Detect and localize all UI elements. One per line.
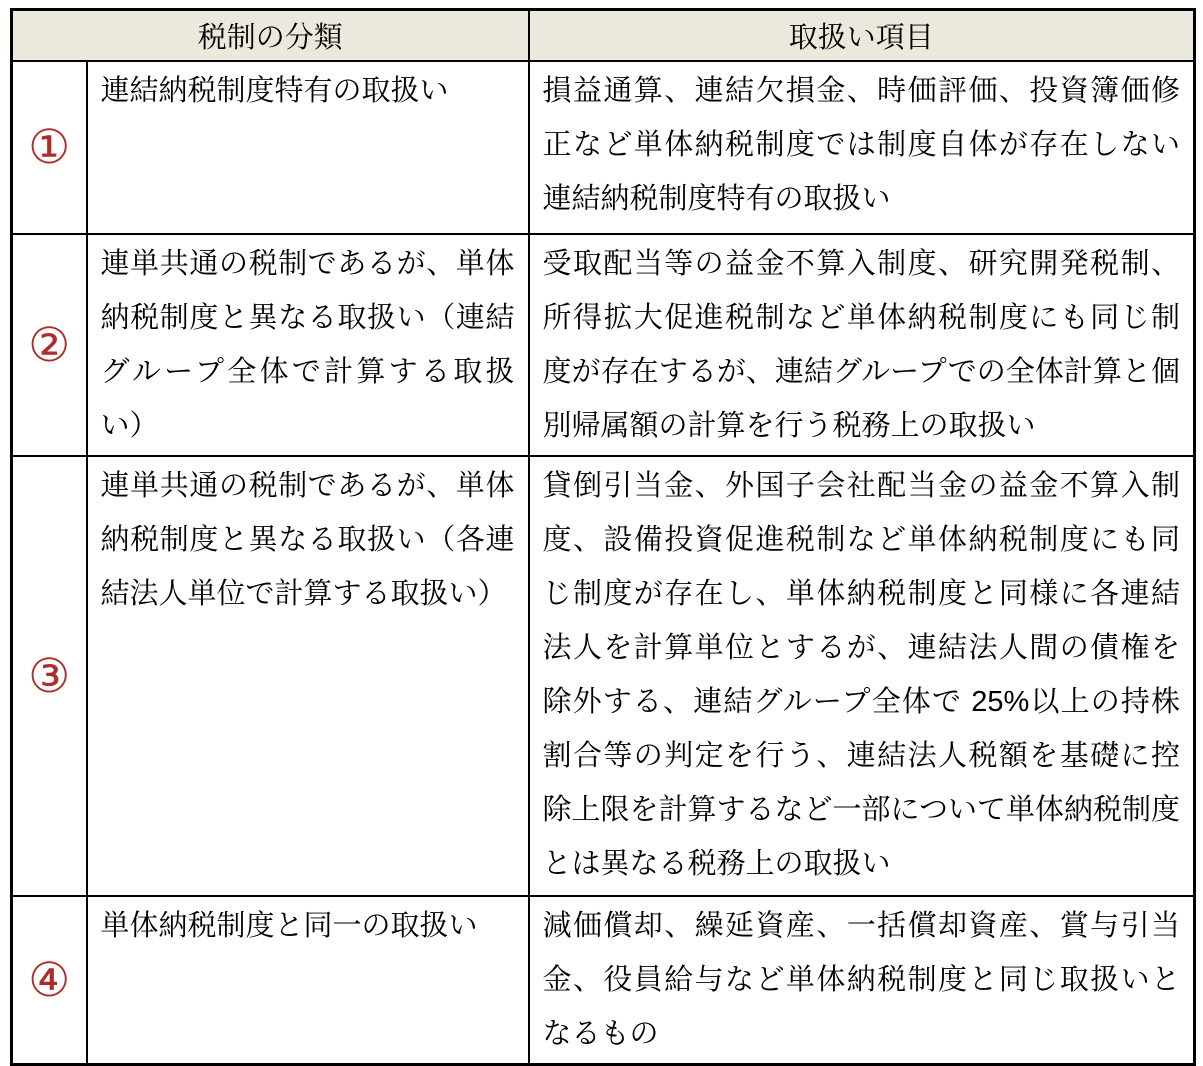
classification-cell: 連単共通の税制であるが、単体納税制度と異なる取扱い（連結グループ全体で計算する取… <box>87 234 529 456</box>
header-cell-classification: 税制の分類 <box>12 10 529 62</box>
table-row: ③ 連単共通の税制であるが、単体納税制度と異なる取扱い（各連結法人単位で計算する… <box>12 456 1195 896</box>
row-number-badge: ② <box>12 234 87 456</box>
header-row: 税制の分類 取扱い項目 <box>12 10 1195 62</box>
table-row: ① 連結納税制度特有の取扱い 損益通算、連結欠損金、時価評価、投資簿価修正など単… <box>12 61 1195 234</box>
items-cell: 減価償却、繰延資産、一括償却資産、賞与引当金、役員給与など単体納税制度と同じ取扱… <box>529 896 1195 1063</box>
document-area: 税制の分類 取扱い項目 ① 連結納税制度特有の取扱い 損益通算、連結欠損金、時価… <box>10 8 1196 1063</box>
row-number-badge: ① <box>12 61 87 234</box>
items-cell: 損益通算、連結欠損金、時価評価、投資簿価修正など単体納税制度では制度自体が存在し… <box>529 61 1195 234</box>
tax-classification-table: 税制の分類 取扱い項目 ① 連結納税制度特有の取扱い 損益通算、連結欠損金、時価… <box>10 8 1196 1063</box>
header-cell-items: 取扱い項目 <box>529 10 1195 62</box>
items-cell: 貸倒引当金、外国子会社配当金の益金不算入制度、設備投資促進税制など単体納税制度に… <box>529 456 1195 896</box>
classification-cell: 単体納税制度と同一の取扱い <box>87 896 529 1063</box>
row-number-badge: ④ <box>12 896 87 1063</box>
table-row: ④ 単体納税制度と同一の取扱い 減価償却、繰延資産、一括償却資産、賞与引当金、役… <box>12 896 1195 1063</box>
row-number-badge: ③ <box>12 456 87 896</box>
classification-cell: 連単共通の税制であるが、単体納税制度と異なる取扱い（各連結法人単位で計算する取扱… <box>87 456 529 896</box>
items-cell: 受取配当等の益金不算入制度、研究開発税制、所得拡大促進税制など単体納税制度にも同… <box>529 234 1195 456</box>
classification-cell: 連結納税制度特有の取扱い <box>87 61 529 234</box>
table-row: ② 連単共通の税制であるが、単体納税制度と異なる取扱い（連結グループ全体で計算す… <box>12 234 1195 456</box>
